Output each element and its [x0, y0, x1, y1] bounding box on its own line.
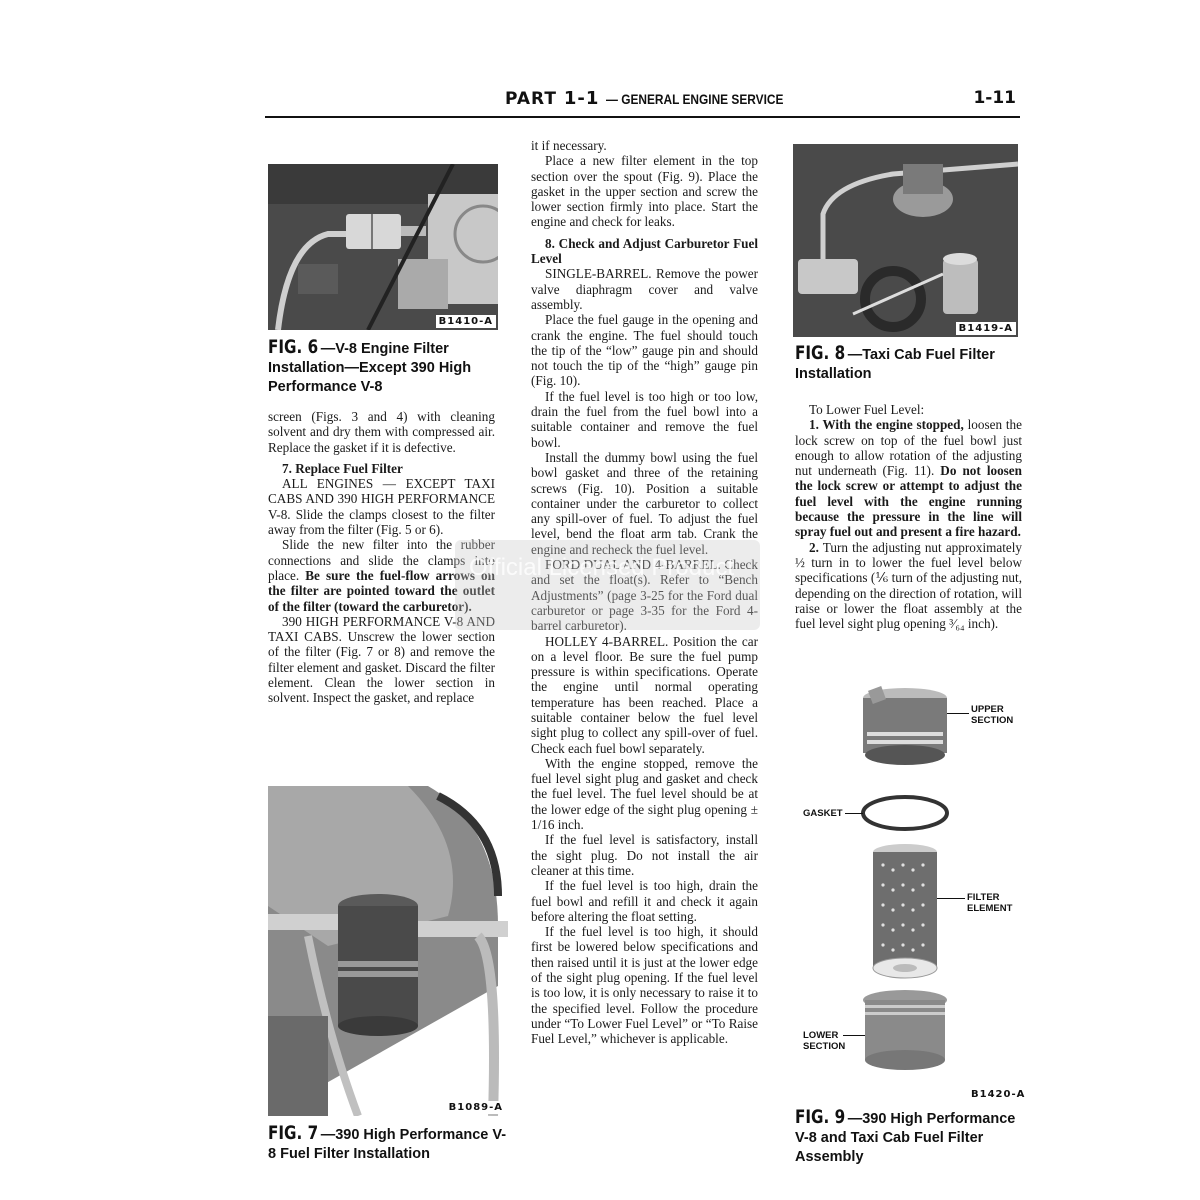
col2-paragraph: FORD DUAL AND 4-BARREL. Check and set th…	[531, 557, 758, 633]
callout-upper-section: UPPER SECTION	[971, 704, 1011, 726]
col1-paragraph: ALL ENGINES — EXCEPT TAXI CABS AND 390 H…	[268, 476, 495, 537]
fig7-label: FIG. 7	[268, 1124, 318, 1143]
gasket-arrow	[845, 813, 863, 814]
section-7-heading: 7. Replace Fuel Filter	[268, 461, 495, 476]
upper-section-arrow	[947, 713, 969, 714]
heading-text: 7. Replace Fuel Filter	[282, 461, 403, 476]
fig7-photo: B1089-A	[268, 786, 508, 1116]
callout-filter-element: FILTER ELEMENT	[967, 892, 1007, 914]
callout-gasket: GASKET	[803, 808, 843, 819]
col2-paragraph: If the fuel level is satisfactory, insta…	[531, 832, 758, 878]
col2-paragraph: Place a new filter element in the top se…	[531, 153, 758, 229]
fig8-code: B1419-A	[956, 322, 1016, 335]
fig6-label: FIG. 6	[268, 338, 318, 357]
fig6-code: B1410-A	[436, 315, 496, 328]
col2-paragraph: With the engine stopped, remove the fuel…	[531, 756, 758, 832]
fig9-caption: FIG. 9—390 High Performance V-8 and Taxi…	[795, 1108, 1020, 1167]
col1-paragraph: Slide the new filter into the rubber con…	[268, 537, 495, 613]
col2-paragraph: Place the fuel gauge in the opening and …	[531, 312, 758, 388]
filter-assembly-image	[268, 786, 508, 1116]
step1-bold-lead: 1. With the engine stopped,	[809, 417, 964, 432]
page-header: PART 1-1 — GENERAL ENGINE SERVICE 1-11	[265, 86, 1020, 118]
fig9-code: B1420-A	[968, 1088, 1028, 1101]
fig7-code: B1089-A	[446, 1101, 506, 1114]
column-3: To Lower Fuel Level: 1. With the engine …	[795, 402, 1022, 631]
fig6-caption: FIG. 6—V-8 Engine Filter Installation—Ex…	[268, 338, 498, 397]
col2-paragraph: it if necessary.	[531, 138, 758, 153]
fig9-diagram: UPPER SECTION GASKET FILTER ELEMENT LOWE…	[795, 680, 1025, 1080]
step2-text: Turn the adjusting nut approximately ½ t…	[795, 540, 1022, 631]
part-number: 1-1	[564, 88, 600, 109]
filter-element-arrow	[937, 898, 965, 899]
col2-paragraph: SINGLE-BARREL. Remove the power valve di…	[531, 266, 758, 312]
fig8-label: FIG. 8	[795, 344, 845, 363]
col2-paragraph: HOLLEY 4-BARREL. Position the car on a l…	[531, 634, 758, 756]
column-2: it if necessary. Place a new filter elem…	[531, 138, 758, 1047]
section-title: — GENERAL ENGINE SERVICE	[606, 91, 783, 107]
column-1: screen (Figs. 3 and 4) with cleaning sol…	[268, 409, 495, 706]
page-number: 1-11	[973, 88, 1016, 108]
heading-text: 8. Check and Adjust Carburetor Fuel Leve…	[531, 236, 758, 266]
part-label: PART	[505, 89, 557, 109]
fig9-label: FIG. 9	[795, 1108, 845, 1127]
fig7-caption: FIG. 7—390 High Performance V-8 Fuel Fil…	[268, 1124, 513, 1164]
step-2: 2. Turn the adjusting nut approximately …	[795, 540, 1022, 632]
taxi-cab-filter-image	[793, 144, 1018, 337]
col1-paragraph: 390 HIGH PERFORMANCE V-8 AND TAXI CABS. …	[268, 614, 495, 706]
subhead-lower-fuel-level: To Lower Fuel Level:	[795, 402, 1022, 417]
filter-exploded-view	[795, 680, 1025, 1080]
col2-paragraph: Install the dummy bowl using the fuel bo…	[531, 450, 758, 557]
col2-paragraph: If the fuel level is too high or too low…	[531, 389, 758, 450]
section-8-heading: 8. Check and Adjust Carburetor Fuel Leve…	[531, 236, 758, 267]
step2-number: 2.	[809, 540, 819, 555]
lower-section-arrow	[843, 1035, 865, 1036]
fig6-photo: B1410-A	[268, 164, 498, 330]
step-1: 1. With the engine stopped, loosen the l…	[795, 417, 1022, 539]
part-heading: PART 1-1 — GENERAL ENGINE SERVICE	[505, 88, 815, 109]
engine-filter-image	[268, 164, 498, 330]
col1-paragraph: screen (Figs. 3 and 4) with cleaning sol…	[268, 409, 495, 455]
fig8-caption: FIG. 8—Taxi Cab Fuel Filter Installation	[795, 344, 1020, 384]
col2-paragraph: If the fuel level is too high, it should…	[531, 924, 758, 1046]
callout-lower-section: LOWER SECTION	[803, 1030, 843, 1052]
col2-paragraph: If the fuel level is too high, drain the…	[531, 878, 758, 924]
fig8-photo: B1419-A	[793, 144, 1018, 337]
